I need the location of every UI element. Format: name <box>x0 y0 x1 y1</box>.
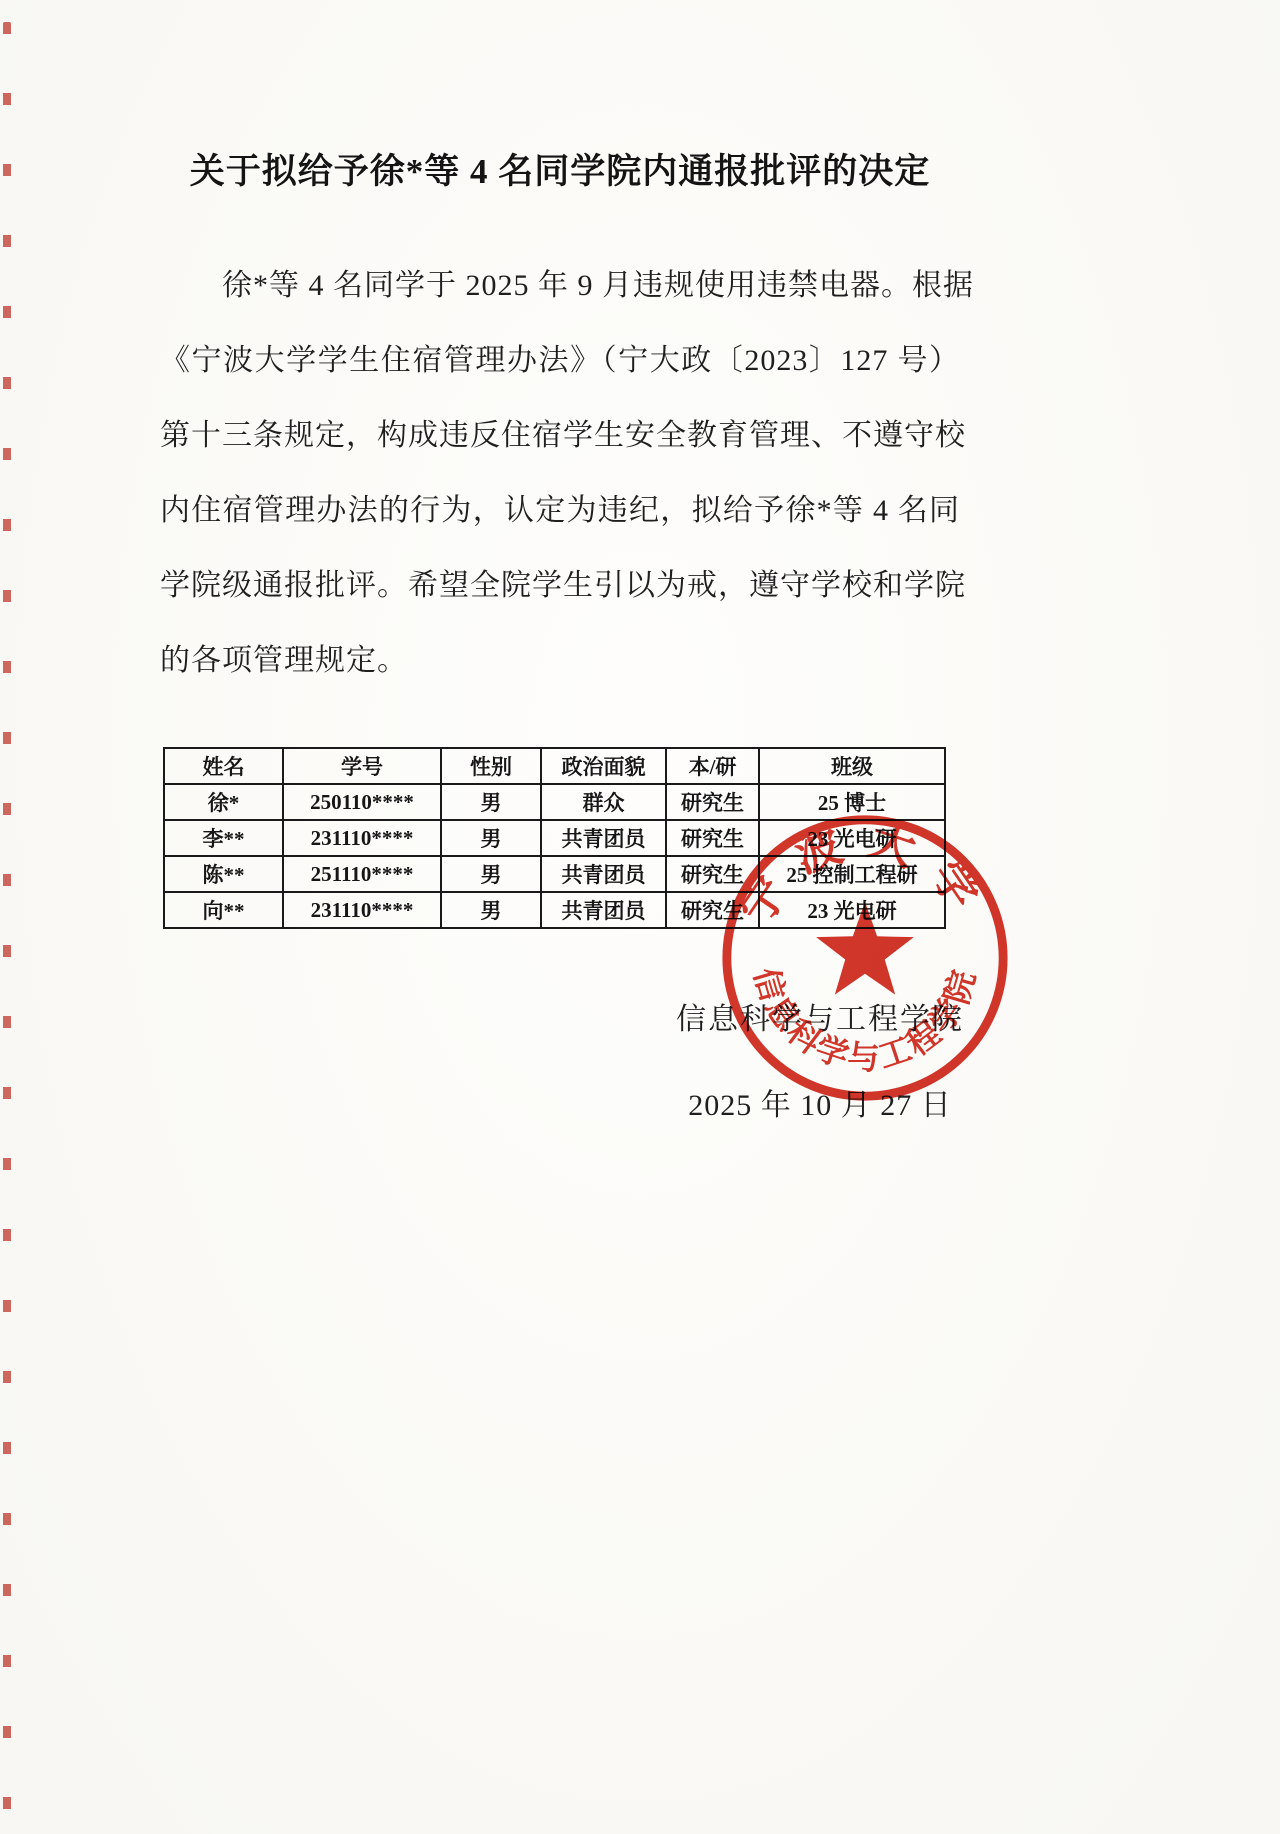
body-line-3: 第十三条规定，构成违反住宿学生安全教育管理、不遵守校 <box>160 398 960 473</box>
table-row: 陈** 251110**** 男 共青团员 研究生 25 控制工程研 <box>164 856 945 892</box>
cell-political-status: 共青团员 <box>541 856 666 892</box>
col-header-gender: 性别 <box>441 748 541 784</box>
col-header-student-id: 学号 <box>283 748 441 784</box>
cell-gender: 男 <box>441 892 541 928</box>
cell-political-status: 共青团员 <box>541 820 666 856</box>
signature-block: 信息科学与工程学院 2025 年 10 月 27 日 <box>640 998 1000 1128</box>
body-line-4: 内住宿管理办法的行为，认定为违纪，拟给予徐*等 4 名同 <box>160 473 960 548</box>
table-row: 李** 231110**** 男 共青团员 研究生 23 光电研 <box>164 820 945 856</box>
cell-student-id: 231110**** <box>283 820 441 856</box>
cell-class: 25 博士 <box>759 784 945 820</box>
cell-name: 徐* <box>164 784 283 820</box>
table-row: 向** 231110**** 男 共青团员 研究生 23 光电研 <box>164 892 945 928</box>
cell-gender: 男 <box>441 784 541 820</box>
document-title: 关于拟给予徐*等 4 名同学院内通报批评的决定 <box>160 150 960 194</box>
cell-name: 陈** <box>164 856 283 892</box>
cell-gender: 男 <box>441 856 541 892</box>
students-table: 姓名 学号 性别 政治面貌 本/研 班级 徐* 250110**** 男 群众 … <box>163 747 946 929</box>
document-page: 关于拟给予徐*等 4 名同学院内通报批评的决定 徐*等 4 名同学于 2025 … <box>0 0 1280 1834</box>
table-row: 徐* 250110**** 男 群众 研究生 25 博士 <box>164 784 945 820</box>
cell-degree-type: 研究生 <box>666 784 759 820</box>
cell-gender: 男 <box>441 820 541 856</box>
body-line-2: 《宁波大学学生住宿管理办法》（宁大政〔2023〕127 号） <box>160 323 960 398</box>
signature-date: 2025 年 10 月 27 日 <box>640 1084 1000 1128</box>
cell-class: 23 光电研 <box>759 820 945 856</box>
body-line-5: 学院级通报批评。希望全院学生引以为戒，遵守学校和学院 <box>160 548 960 623</box>
cell-student-id: 231110**** <box>283 892 441 928</box>
cell-degree-type: 研究生 <box>666 892 759 928</box>
cell-student-id: 251110**** <box>283 856 441 892</box>
cell-political-status: 共青团员 <box>541 892 666 928</box>
cell-class: 25 控制工程研 <box>759 856 945 892</box>
col-header-degree-type: 本/研 <box>666 748 759 784</box>
document-content: 关于拟给予徐*等 4 名同学院内通报批评的决定 徐*等 4 名同学于 2025 … <box>160 150 960 698</box>
table-header-row: 姓名 学号 性别 政治面貌 本/研 班级 <box>164 748 945 784</box>
col-header-class: 班级 <box>759 748 945 784</box>
cell-class: 23 光电研 <box>759 892 945 928</box>
body-line-1: 徐*等 4 名同学于 2025 年 9 月违规使用违禁电器。根据 <box>160 248 960 323</box>
col-header-political-status: 政治面貌 <box>541 748 666 784</box>
cell-degree-type: 研究生 <box>666 820 759 856</box>
cell-student-id: 250110**** <box>283 784 441 820</box>
col-header-name: 姓名 <box>164 748 283 784</box>
body-line-6: 的各项管理规定。 <box>160 623 960 698</box>
cell-political-status: 群众 <box>541 784 666 820</box>
scan-edge-marks <box>3 22 11 1810</box>
cell-name: 向** <box>164 892 283 928</box>
signature-org: 信息科学与工程学院 <box>640 998 1000 1042</box>
cell-name: 李** <box>164 820 283 856</box>
document-body: 徐*等 4 名同学于 2025 年 9 月违规使用违禁电器。根据 《宁波大学学生… <box>160 248 960 698</box>
cell-degree-type: 研究生 <box>666 856 759 892</box>
